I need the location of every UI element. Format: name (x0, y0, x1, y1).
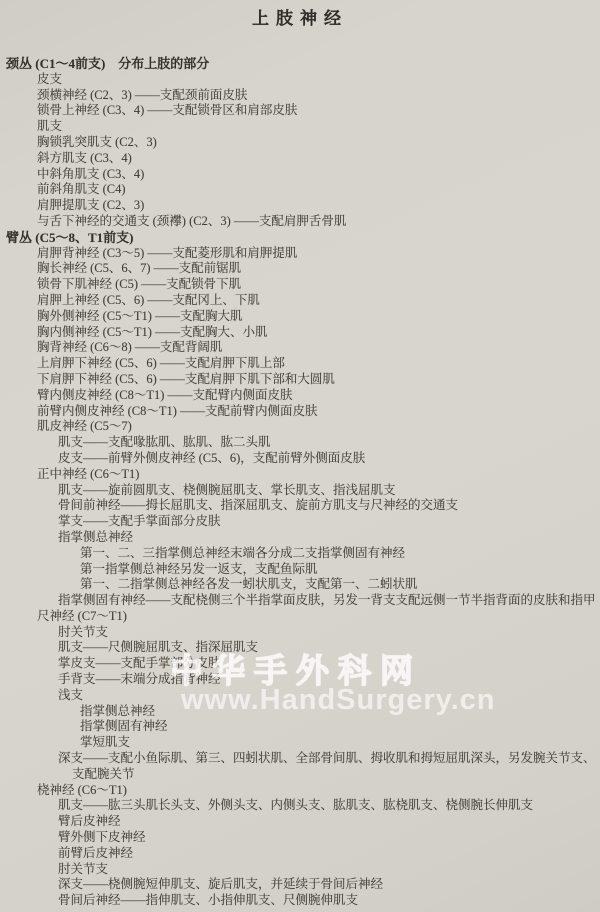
outline-line: 肌支——支配喙肱肌、肱肌、肱二头肌 (0, 435, 596, 451)
outline-line: 肌支 (0, 119, 596, 135)
outline-line: 桡神经 (C6～T1) (0, 783, 596, 799)
outline-line: 锁骨上神经 (C3、4) ——支配锁骨区和肩部皮肤 (0, 103, 596, 119)
outline-line: 胸锁乳突肌支 (C2、3) (0, 135, 596, 151)
outline-line: 上肩胛下神经 (C5、6) ——支配肩胛下肌上部 (0, 356, 596, 372)
outline-line: 指掌侧总神经 (0, 530, 596, 546)
outline-line: 指掌侧固有神经——支配桡侧三个半指掌面皮肤，另发一背支支配远侧一节半指背面的皮肤… (0, 593, 596, 609)
outline-line: 第一、二指掌侧总神经各发一蚓状肌支，支配第一、二蚓状肌 (0, 577, 596, 593)
outline-line: 皮支——前臂外侧皮神经 (C5、6)，支配前臂外侧面皮肤 (0, 451, 596, 467)
page-title: 上肢神经 (0, 4, 600, 29)
outline-line: 掌皮支——支配手掌部分皮肤 (0, 656, 596, 672)
outline-line: 第一、二、三指掌侧总神经末端各分成二支指掌侧固有神经 (0, 546, 596, 562)
outline-heading: 臂丛 (C5～8、T1前支) (0, 230, 596, 246)
outline-line: 胸长神经 (C5、6、7) ——支配前锯肌 (0, 261, 596, 277)
outline-line: 斜方肌支 (C3、4) (0, 151, 596, 167)
outline-line: 深支——支配小鱼际肌、第三、四蚓状肌、全部骨间肌、拇收肌和拇短屈肌深头，另发腕关… (0, 751, 596, 783)
outline-line: 中斜角肌支 (C3、4) (0, 167, 596, 183)
outline-line: 掌短肌支 (0, 735, 596, 751)
outline-line: 掌支——支配手掌面部分皮肤 (0, 514, 596, 530)
outline-line: 肩胛背神经 (C3～5) ——支配菱形肌和肩胛提肌 (0, 246, 596, 262)
outline-line: 肌支——尺侧腕屈肌支、指深屈肌支 (0, 640, 596, 656)
outline-line: 肩胛提肌支 (C2、3) (0, 198, 596, 214)
outline-line: 臂外侧下皮神经 (0, 830, 596, 846)
outline-line: 指掌侧固有神经 (0, 719, 596, 735)
outline-line: 下肩胛下神经 (C5、6) ——支配肩胛下肌下部和大圆肌 (0, 372, 596, 388)
outline-line: 骨间后神经——指伸肌支、小指伸肌支、尺侧腕伸肌支 (0, 893, 596, 909)
outline-line: 臂内侧皮神经 (C8～T1) ——支配臂内侧面皮肤 (0, 388, 596, 404)
outline-line: 胸外侧神经 (C5～T1) ——支配胸大肌 (0, 309, 596, 325)
outline-line: 手背支——末端分成指背神经 (0, 672, 596, 688)
outline-line: 前臂后皮神经 (0, 846, 596, 862)
outline-line: 肌支——旋前圆肌支、桡侧腕屈肌支、掌长肌支、指浅屈肌支 (0, 483, 596, 499)
book-page: 上肢神经 颈丛 (C1～4前支) 分布上肢的部分皮支颈横神经 (C2、3) ——… (0, 0, 600, 912)
outline-line: 尺神经 (C7～T1) (0, 609, 596, 625)
outline-line: 前斜角肌支 (C4) (0, 182, 596, 198)
outline-line: 浅支 (0, 688, 596, 704)
outline-heading: 颈丛 (C1～4前支) 分布上肢的部分 (0, 56, 596, 72)
outline-line: 前臂内侧皮神经 (C8～T1) ——支配前臂内侧面皮肤 (0, 404, 596, 420)
outline-line: 第一指掌侧总神经另发一返支，支配鱼际肌 (0, 562, 596, 578)
outline-line: 锁骨下肌神经 (C5) ——支配锁骨下肌 (0, 277, 596, 293)
outline-line: 正中神经 (C6～T1) (0, 467, 596, 483)
outline-line: 皮支 (0, 72, 596, 88)
outline-line: 与舌下神经的交通支 (颈襻) (C2、3) ——支配肩胛舌骨肌 (0, 214, 596, 230)
outline-line: 肌支——肱三头肌长头支、外侧头支、内侧头支、肱肌支、肱桡肌支、桡侧腕长伸肌支 (0, 798, 596, 814)
outline-line: 颈横神经 (C2、3) ——支配颈前面皮肤 (0, 88, 596, 104)
outline-line: 肩胛上神经 (C5、6) ——支配冈上、下肌 (0, 293, 596, 309)
outline-line: 肌皮神经 (C5～7) (0, 419, 596, 435)
outline-line: 臂后皮神经 (0, 814, 596, 830)
outline-line: 深支——桡侧腕短伸肌支、旋后肌支，并延续于骨间后神经 (0, 877, 596, 893)
outline-line: 指掌侧总神经 (0, 704, 596, 720)
nerve-outline: 颈丛 (C1～4前支) 分布上肢的部分皮支颈横神经 (C2、3) ——支配颈前面… (0, 56, 596, 909)
outline-line: 肘关节支 (0, 625, 596, 641)
outline-line: 胸背神经 (C6～8) ——支配背阔肌 (0, 340, 596, 356)
outline-line: 胸内侧神经 (C5～T1) ——支配胸大、小肌 (0, 325, 596, 341)
outline-line: 肘关节支 (0, 862, 596, 878)
outline-line: 骨间前神经——拇长屈肌支、指深屈肌支、旋前方肌支与尺神经的交通支 (0, 498, 596, 514)
